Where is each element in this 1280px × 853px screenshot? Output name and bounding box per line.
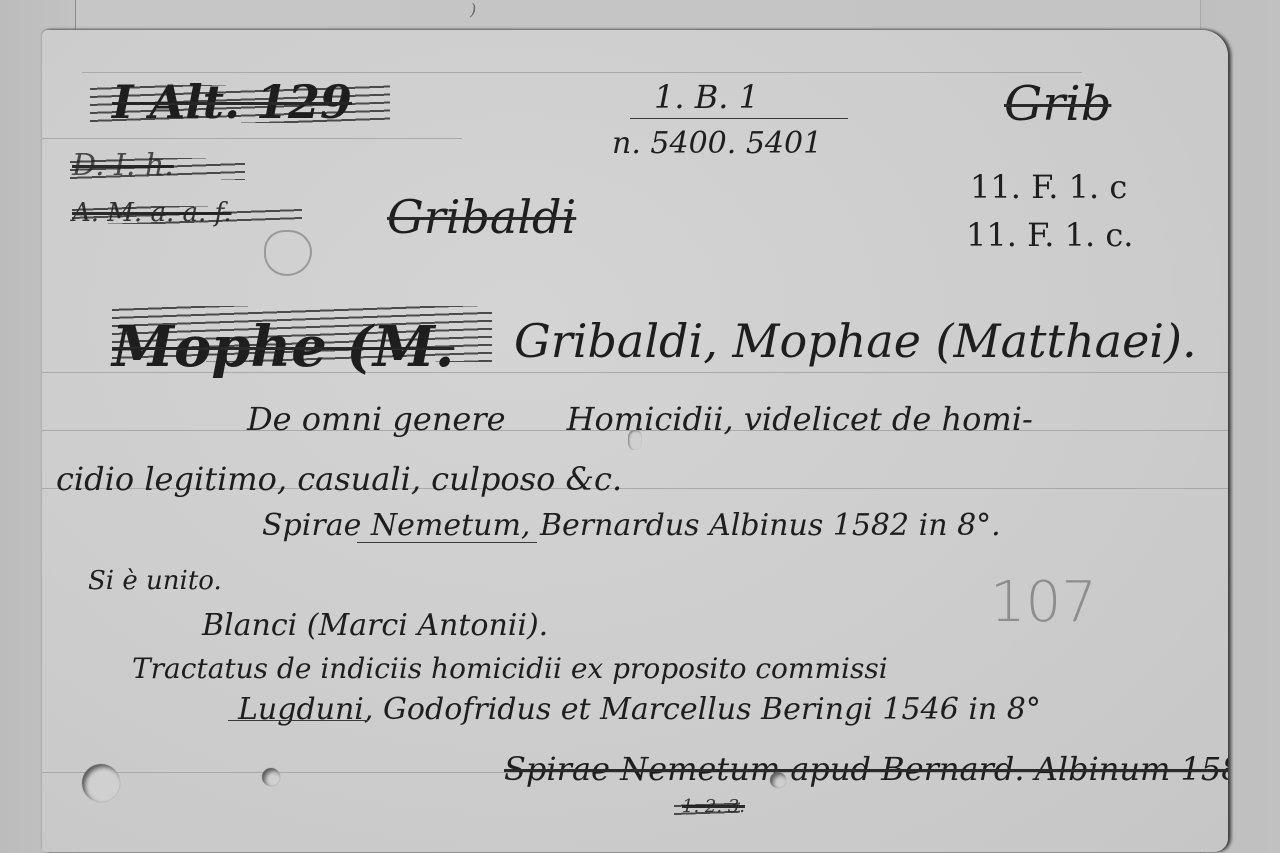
struck-bottom-imprint: Spirae Nemetum apud Bernard. Albinum 158… xyxy=(504,750,1228,788)
second-imprint: Lugduni, Godofridus et Marcellus Beringi… xyxy=(238,692,1041,727)
ruled-line xyxy=(82,72,1082,73)
scribble-strike xyxy=(112,306,492,362)
bound-with-label: Si è unito. xyxy=(88,566,222,596)
punch-hole-small xyxy=(262,768,280,786)
scribble-strike xyxy=(674,802,740,816)
punch-hole-large xyxy=(82,764,120,802)
second-imprint-underline xyxy=(228,720,368,721)
scribble-strike xyxy=(90,85,390,123)
punch-hole-small xyxy=(770,772,786,788)
title-line-2: cidio legitimo, casuali, culposo &c. xyxy=(56,460,622,498)
struck-word-grib: Grib xyxy=(1004,76,1111,132)
scribble-strike xyxy=(70,158,245,180)
punch-hole-crease xyxy=(628,430,642,450)
class-mark-underline xyxy=(630,118,848,119)
pencil-loop-mark xyxy=(264,230,312,276)
class-mark: 1. B. 1 xyxy=(654,78,759,116)
struck-heading: Gribaldi xyxy=(387,190,576,244)
imprint-underline xyxy=(357,542,537,543)
location-mark-1: 11. F. 1. c xyxy=(970,168,1127,206)
item-numbers: n. 5400. 5401 xyxy=(612,126,822,161)
scribble-strike xyxy=(72,206,302,224)
location-mark-2: 11. F. 1. c. xyxy=(966,216,1133,254)
second-title: Tractatus de indiciis homicidii ex propo… xyxy=(132,652,888,685)
second-author: Blanci (Marci Antonii). xyxy=(202,608,548,643)
catalogue-card: I Alt. 129 D. I. h. A. M. a. a. f. 1. B.… xyxy=(42,30,1228,852)
pencil-number: 107 xyxy=(990,570,1097,635)
backing-mark: ) xyxy=(470,0,476,19)
author-name: Gribaldi, Mophae (Matthaei). xyxy=(514,314,1197,368)
ruled-line xyxy=(42,138,462,139)
imprint-line: Spirae Nemetum, Bernardus Albinus 1582 i… xyxy=(262,508,1001,543)
